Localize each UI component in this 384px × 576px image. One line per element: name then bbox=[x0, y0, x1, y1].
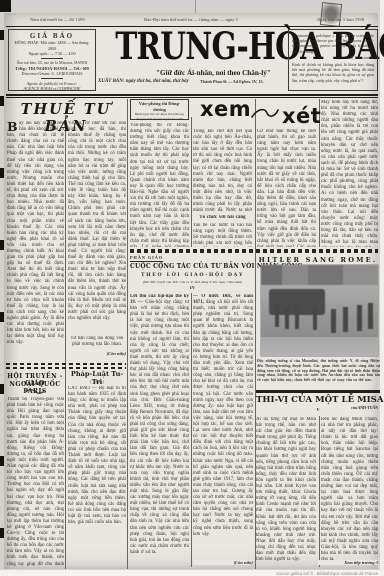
newspaper-title: TRUNG-HÒA BÁO bbox=[115, 28, 269, 64]
newspaper-page: Năm thứ mười ba — Số 1295 Bảo-Đại năm th… bbox=[4, 13, 378, 569]
photo-ground bbox=[261, 337, 378, 356]
hitler-headline: HITLER SANG ROME. bbox=[256, 256, 380, 264]
postal-stamp-icon bbox=[320, 2, 342, 27]
section-divider-dots bbox=[6, 363, 126, 365]
misa-top-rule bbox=[256, 390, 380, 393]
vietnamese-quote: Kinh tế chính trị không phải là khoa học… bbox=[292, 62, 374, 84]
congtac-col2-text: đảng xã hội nổi lên rất mạnh, nhà nước p… bbox=[193, 300, 253, 537]
publication-days: XUẤT BẢN: ngày thứ ba, thứ năm, thứ bảy bbox=[98, 79, 189, 84]
source-watermark: Source gallica.bnf.fr · Bibliothèque nat… bbox=[276, 571, 378, 576]
motto-attribution: Thánh Phao-lồ — Ad Ephes. IV, 15. bbox=[200, 79, 264, 84]
drop-cap: B bbox=[7, 121, 19, 132]
xemxet-col-c: Cứ như bản thống kê mới phát hành, thì s… bbox=[257, 129, 316, 247]
column-divider bbox=[319, 416, 320, 567]
hitler-rome-photo bbox=[261, 265, 378, 356]
thue-col1-text: ấy lâu nay ai nấy đều bàn đến khoản thuế… bbox=[7, 121, 64, 345]
photo-figure bbox=[331, 309, 336, 333]
phapluat-text: CẤT BÁO — Bộ luật tu trì ban hành năm 19… bbox=[68, 386, 126, 567]
misa-col1: Ai đã từng dự một lễ Misa hát trọng thể,… bbox=[256, 417, 316, 567]
xemxet-col-b: Tàu bè các nước ra vào hải cảng ngày một… bbox=[193, 223, 252, 247]
newspaper-motto: "Giữ đức Ái-nhân, noi theo Chân-lý" bbox=[156, 69, 271, 77]
misa-continued-note: Xem tiếp trương 3 bbox=[318, 560, 378, 565]
photo-figure bbox=[285, 307, 289, 329]
photo-figure bbox=[368, 303, 373, 329]
misa-part-number: V bbox=[256, 408, 380, 415]
congtac-continued-note: (Còn nữa) bbox=[193, 560, 253, 565]
thue-col2: Vả lại, cứ như lời các nhà kinh tế học đ… bbox=[68, 121, 126, 333]
congtac-note: (Bài diễn thuyết của Đức Cha G. F. dịch … bbox=[132, 279, 253, 284]
price-box-rule bbox=[41, 78, 63, 79]
column-divider bbox=[191, 293, 192, 567]
thue-continued-note: (Còn nữa) bbox=[68, 351, 126, 356]
section-band bbox=[130, 249, 378, 253]
photo-figure bbox=[343, 307, 348, 332]
photo-figure bbox=[261, 265, 378, 285]
masthead-rule-thick bbox=[6, 94, 378, 96]
quote-signature: F. Lamennais. bbox=[292, 55, 374, 60]
congtac-subtitle: THEO LỜI GIÁO-HỘI DẠY bbox=[130, 272, 255, 278]
xet-word: xét bbox=[282, 104, 321, 128]
price-line: ĐÔNG-PHÁP: Một năm: 4$50 — Sáu tháng: 2$… bbox=[11, 40, 93, 51]
vanphong-title: Văn-phòng thi Đông-dương bbox=[133, 101, 187, 112]
scan-edge-right bbox=[380, 0, 384, 576]
watermark-strip: Source gallica.bnf.fr · Bibliothèque nat… bbox=[0, 570, 384, 576]
vanphong-subtitle2: cùng lệ mới về việc tuyển học sinh bbox=[133, 117, 187, 121]
newspaper-scan-page: Năm thứ mười ba — Số 1295 Bảo-Đại năm th… bbox=[0, 0, 384, 576]
price-box: GIÁ BÁO ĐÔNG-PHÁP: Một năm: 4$50 — Sáu t… bbox=[8, 29, 96, 91]
pen-flourish-icon bbox=[250, 106, 280, 120]
xem-word: xem bbox=[200, 97, 251, 121]
phapluat-year: ( 1935 ) bbox=[67, 379, 127, 385]
column-divider bbox=[65, 117, 66, 569]
thue-end-line: Tư bản cùng lao động vốn phải nương tựa … bbox=[68, 336, 126, 348]
vanphong-subtitle: Định ngày mở các khoa thi năm nay bbox=[133, 112, 187, 116]
masthead-block: TRUNG-HÒA BÁO "Giữ đức Ái-nhân, noi theo… bbox=[96, 26, 288, 92]
congtac-col1: Lời thú của bại-đạo thế kỷ 19. — Giáo-hộ… bbox=[130, 294, 189, 567]
price-line: Ngoại-quốc: — 7.50 — 4.00 bbox=[11, 51, 93, 57]
congtac-kicker: PHẦN GIÁO bbox=[130, 255, 163, 262]
issue-number: Năm thứ mười ba — Số 1295 bbox=[30, 17, 85, 22]
photo-caption: Đây những tướng sĩ của Mussolini, thủ tư… bbox=[257, 359, 380, 387]
office-address: Âm toà báo: 25, rue de la Mission, HANOI bbox=[11, 60, 93, 66]
xemxet-header: xem xét bbox=[192, 97, 319, 127]
misa-col2: Đến lúc dâng Mình Thánh, cả nhà thờ im p… bbox=[321, 417, 378, 567]
photo-figure bbox=[295, 306, 299, 329]
price-box-rule bbox=[41, 58, 63, 59]
thue-col1: Bấy lâu nay ai nấy đều bàn đến khoản thu… bbox=[7, 121, 64, 355]
quote-box: L'immonde « politique » n'est pas la sci… bbox=[288, 29, 378, 91]
photo-figure bbox=[357, 305, 362, 331]
scan-fold-line bbox=[195, 0, 196, 13]
column-divider bbox=[127, 99, 128, 569]
price-box-title: GIÁ BÁO bbox=[11, 32, 93, 40]
congtac-col1-text: Giáo-hội dạy rằng: tư bản với nhân công … bbox=[130, 300, 189, 555]
congtac-headline: CUỘC CỘNG TÁC CỦA TƯ BẢN VỚI NHÂN CÔNG bbox=[130, 263, 255, 270]
flourish-ornament-icon bbox=[25, 388, 45, 395]
french-quote: L'immonde « politique » n'est pas la sci… bbox=[292, 33, 374, 55]
scan-corner-mark bbox=[0, 0, 11, 12]
column-divider bbox=[191, 117, 192, 247]
era-dateline: Bảo-Đại năm thứ mười ba — tháng năm — ng… bbox=[144, 17, 238, 22]
vanphong-text: Văn-phòng thi cử Đông-dương vừa sức giấy… bbox=[130, 123, 189, 247]
congtac-part-number: IV bbox=[130, 286, 255, 293]
section-divider-dots bbox=[6, 367, 126, 369]
congtac-col2: — Ở nước Đức, về năm 1871, đảng xã hội n… bbox=[193, 294, 253, 567]
photo-figure bbox=[275, 305, 279, 327]
agents-line2: AGENCE HAVAS et COMPAGNIE bbox=[11, 86, 93, 92]
xemxet-col-a: Trong khi chờ đợi kết quả cuộc hội nghị … bbox=[193, 129, 252, 213]
xemxet-subhead: Tổ chức với hải cảng bbox=[193, 215, 252, 222]
news-column-right: Mấy hôm nay trời nắng dữ, khí nóng tới b… bbox=[321, 100, 378, 247]
missions-text: Thánh bộ Truyền-giáo vừa phát hành bản k… bbox=[7, 397, 64, 567]
misa-headline: THI-VỊ CỦA MỘT LỄ MISA HÁT bbox=[256, 395, 380, 405]
director-line: Directeur-Gérant: G. LEBOURDAIS bbox=[11, 71, 93, 77]
vanphong-heading-box: Văn-phòng thi Đông-dương Định ngày mở cá… bbox=[130, 99, 189, 120]
photo-figure bbox=[313, 308, 317, 330]
